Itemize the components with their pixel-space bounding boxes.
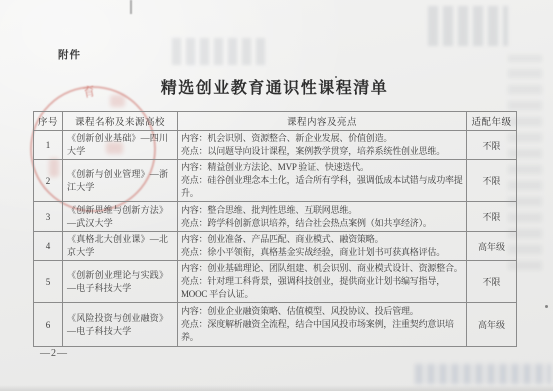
header-cell-grade: 适配年级 [467, 112, 517, 131]
cell-course: 《风险投资与创业融资》—电子科技大学 [63, 303, 178, 347]
cell-content: 内容：整合思维、批判性思维、互联网思维。 亮点：跨学科创新意识培养，结合社会热点… [178, 202, 467, 232]
course-highlight-line: 亮点：以问题导向设计课程，案例教学贯穿，培养系统性创业思维。 [181, 145, 464, 158]
cell-no: 1 [34, 131, 63, 160]
cell-grade: 不限 [467, 160, 517, 202]
table-header-row: 序号 课程名称及来源高校 课程内容及亮点 适配年级 [34, 112, 517, 131]
course-content-line: 内容：创业基础理论、团队组建、机会识别、商业模式设计、资源整合。 [181, 262, 464, 275]
table-row: 1 《创新创业基础》—四川大学 内容：机会识别、资源整合、新企业发展、价值创造。… [34, 131, 517, 160]
scan-edge-mark [130, 0, 132, 14]
cell-no: 2 [34, 160, 63, 202]
course-table-body: 1 《创新创业基础》—四川大学 内容：机会识别、资源整合、新企业发展、价值创造。… [34, 131, 517, 347]
course-highlight-line: 亮点：徐小平领衔，真格基金实战经验，商业计划书可获真格评估。 [181, 246, 464, 259]
course-content-line: 内容：整合思维、批判性思维、互联网思维。 [181, 204, 464, 217]
cell-no: 4 [34, 232, 63, 261]
cell-no: 5 [34, 261, 63, 303]
course-highlight-line: 亮点：跨学科创新意识培养，结合社会热点案例（如共享经济）。 [181, 217, 464, 230]
bleed-through-artifact [428, 6, 508, 46]
course-highlight-line: 亮点：针对理工科背景，强调科技创业，提供商业计划书编写指导，MOOC 平台认证。 [181, 275, 464, 301]
cell-course: 《创新思维与创新方法》—武汉大学 [63, 202, 178, 232]
course-content-line: 内容：创业准备、产品匹配、商业模式、融资策略。 [181, 233, 464, 246]
cell-content: 内容：机会识别、资源整合、新企业发展、价值创造。 亮点：以问题导向设计课程，案例… [178, 131, 467, 160]
cell-grade: 高年级 [467, 303, 517, 347]
course-content-line: 内容：创业企业融资策略、估值模型、风投协议、投后管理。 [181, 305, 464, 318]
attachment-label: 附件 [58, 47, 81, 62]
course-content-line: 内容：精益创业方法论、MVP 验证、快速迭代。 [181, 161, 464, 174]
table-row: 2 《创新与创业管理》—浙江大学 内容：精益创业方法论、MVP 验证、快速迭代。… [34, 160, 517, 202]
cell-course: 《创新与创业管理》—浙江大学 [63, 160, 178, 202]
cell-grade: 不限 [467, 202, 517, 232]
cell-grade: 不限 [467, 261, 517, 303]
cell-course: 《创新创业理论与实践》—电子科技大学 [63, 261, 178, 303]
header-cell-no: 序号 [34, 112, 63, 131]
cell-grade: 不限 [467, 131, 517, 160]
table-row: 6 《风险投资与创业融资》—电子科技大学 内容：创业企业融资策略、估值模型、风投… [34, 303, 517, 347]
bleed-through-artifact [172, 38, 268, 65]
header-cell-content: 课程内容及亮点 [178, 112, 467, 131]
cell-grade: 高年级 [467, 232, 517, 261]
course-highlight-line: 亮点：硅谷创业理念本土化，适合所有学科，强调低成本试错与成功率提升。 [181, 174, 464, 200]
bleed-through-artifact [415, 364, 551, 384]
cell-content: 内容：创业基础理论、团队组建、机会识别、商业模式设计、资源整合。 亮点：针对理工… [178, 261, 467, 303]
cell-no: 6 [34, 303, 63, 347]
cell-course: 《创新创业基础》—四川大学 [63, 131, 178, 160]
page-number-footer: —2— [40, 348, 68, 359]
header-cell-course: 课程名称及来源高校 [63, 112, 178, 131]
paper-speck [545, 305, 548, 308]
course-content-line: 内容：机会识别、资源整合、新企业发展、价值创造。 [181, 132, 464, 145]
course-table: 序号 课程名称及来源高校 课程内容及亮点 适配年级 1 《创新创业基础》—四川大… [33, 111, 517, 347]
course-highlight-line: 亮点：深度解析融资全流程，结合中国风投市场案例，注重契约意识培养。 [181, 318, 464, 344]
cell-no: 3 [34, 202, 63, 232]
table-row: 3 《创新思维与创新方法》—武汉大学 内容：整合思维、批判性思维、互联网思维。 … [34, 202, 517, 232]
cell-content: 内容：创业企业融资策略、估值模型、风投协议、投后管理。 亮点：深度解析融资全流程… [178, 303, 467, 347]
document-title: 精选创业教育通识性课程清单 [33, 75, 516, 98]
cell-content: 内容：创业准备、产品匹配、商业模式、融资策略。 亮点：徐小平领衔，真格基金实战经… [178, 232, 467, 261]
table-row: 4 《真格北大创业课》—北京大学 内容：创业准备、产品匹配、商业模式、融资策略。… [34, 232, 517, 261]
document-page: 育 附件 精选创业教育通识性课程清单 序号 课程名称及来源高校 课程内容及亮点 … [0, 0, 553, 391]
table-row: 5 《创新创业理论与实践》—电子科技大学 内容：创业基础理论、团队组建、机会识别… [34, 261, 517, 303]
cell-course: 《真格北大创业课》—北京大学 [63, 232, 178, 261]
cell-content: 内容：精益创业方法论、MVP 验证、快速迭代。 亮点：硅谷创业理念本土化，适合所… [178, 160, 467, 202]
